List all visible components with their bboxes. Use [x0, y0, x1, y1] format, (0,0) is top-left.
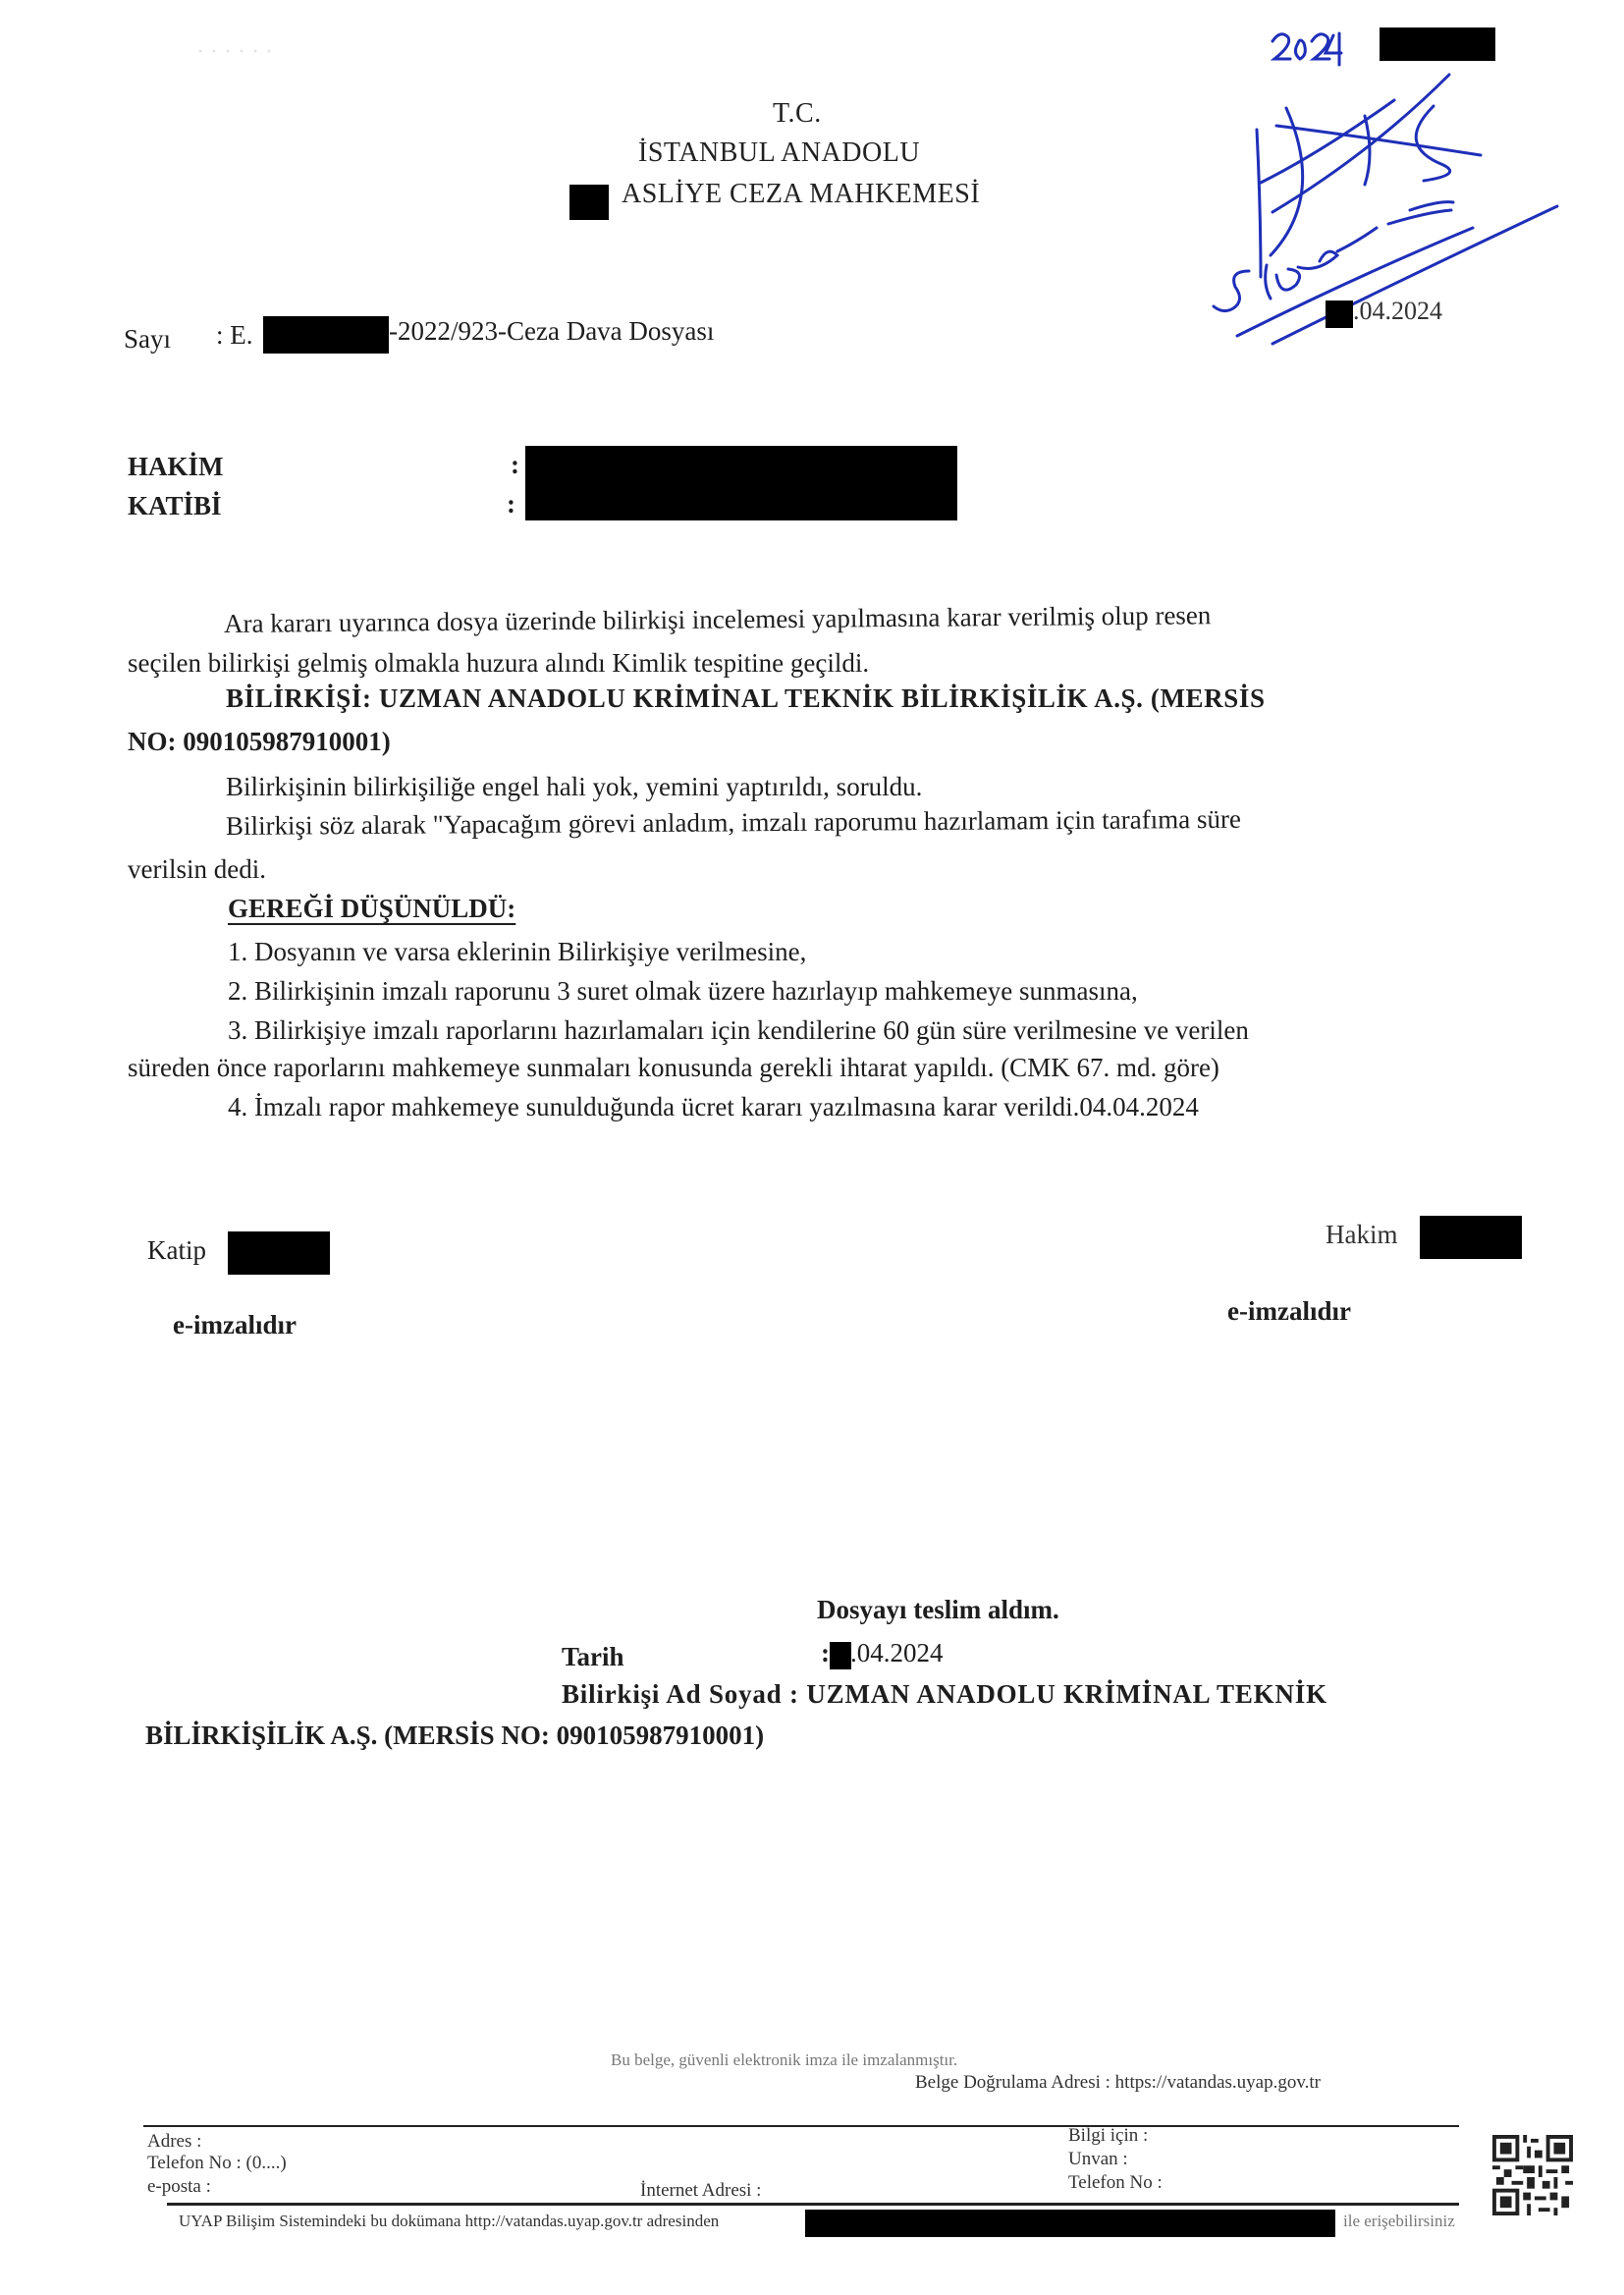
show-through-text: · · · · · ·: [196, 39, 273, 66]
header-city: İSTANBUL ANADOLU: [638, 137, 920, 169]
hakim-label: HAKİM: [128, 452, 224, 482]
uyap-access-tail: ile erişebilirsiniz: [1343, 2212, 1455, 2231]
receipt-date-value: .04.2024: [850, 1638, 944, 1668]
qr-code-icon: [1492, 2135, 1573, 2215]
katip-label: Katip: [147, 1235, 206, 1266]
footer-telefon-2: Telefon No :: [1068, 2172, 1163, 2194]
sayi-label: Sayı: [124, 324, 171, 355]
document-date: .04.2024: [1353, 297, 1442, 326]
redacted-hakim-name: [1420, 1216, 1522, 1259]
decision-item-2: 2. Bilirkişinin imzalı raporunu 3 suret …: [228, 976, 1138, 1007]
footer-internet: İnternet Adresi :: [640, 2180, 761, 2202]
verify-address: Belge Doğrulama Adresi : https://vatanda…: [915, 2072, 1321, 2094]
expert-line-1: BİLİRKİŞİ: UZMAN ANADOLU KRİMİNAL TEKNİK…: [226, 683, 1266, 714]
receipt-expert-name: Bilirkişi Ad Soyad : UZMAN ANADOLU KRİMİ…: [562, 1679, 1327, 1710]
expert-line-2: NO: 090105987910001): [128, 727, 391, 757]
receipt-title: Dosyayı teslim aldım.: [817, 1595, 1059, 1625]
redacted-court-number: [569, 185, 609, 220]
sayi-suffix: -2022/923-Ceza Dava Dosyası: [389, 316, 714, 347]
receipt-date-label: Tarih: [562, 1642, 624, 1672]
redacted-names: [525, 446, 957, 520]
paragraph-3-line-1: Bilirkişi söz alarak "Yapacağım görevi a…: [226, 804, 1241, 842]
decision-heading: GEREĞİ DÜŞÜNÜLDÜ:: [228, 894, 515, 924]
paragraph-3-line-2: verilsin dedi.: [128, 854, 266, 885]
receipt-date-colon: :: [821, 1638, 830, 1668]
header-tc: T.C.: [773, 98, 822, 130]
footer-adres: Adres :: [147, 2131, 201, 2153]
footer-eposta: e-posta :: [147, 2176, 211, 2198]
decision-item-3: 3. Bilirkişiye imzalı raporlarını hazırl…: [228, 1015, 1249, 1046]
decision-item-3-cont: süreden önce raporlarını mahkemeye sunma…: [128, 1053, 1219, 1083]
footer-bilgi: Bilgi için :: [1068, 2125, 1148, 2147]
redacted-handwritten-number: [1380, 27, 1495, 61]
decision-item-4: 4. İmzalı rapor mahkemeye sunulduğunda ü…: [228, 1092, 1199, 1122]
katibi-label: KATİBİ: [128, 491, 222, 521]
paragraph-1-line-2: seçilen bilirkişi gelmiş olmakla huzura …: [128, 648, 869, 679]
redacted-katip-name: [228, 1231, 330, 1275]
katip-esign: e-imzalıdır: [173, 1310, 297, 1340]
paragraph-2: Bilirkişinin bilirkişiliğe engel hali yo…: [226, 772, 922, 802]
paragraph-1-line-1: Ara kararı uyarınca dosya üzerinde bilir…: [224, 600, 1212, 639]
hakim-colon: :: [511, 450, 519, 480]
redacted-day: [1326, 301, 1353, 328]
redacted-case-number: [263, 316, 389, 354]
header-court: ASLİYE CEZA MAHKEMESİ: [622, 179, 980, 210]
katibi-colon: :: [507, 489, 515, 519]
sayi-prefix: : E.: [216, 320, 253, 351]
redacted-receipt-day: [830, 1642, 851, 1669]
footer-divider-top: [143, 2125, 1459, 2127]
hakim-sign-label: Hakim: [1326, 1220, 1398, 1250]
uyap-access-text: UYAP Bilişim Sistemindeki bu dokümana ht…: [179, 2212, 719, 2231]
footer-unvan: Unvan :: [1068, 2149, 1128, 2170]
esign-note: Bu belge, güvenli elektronik imza ile im…: [611, 2050, 957, 2070]
decision-item-1: 1. Dosyanın ve varsa eklerinin Bilirkişi…: [228, 937, 806, 967]
redacted-access-code: [805, 2210, 1335, 2237]
receipt-expert-line-2: BİLİRKİŞİLİK A.Ş. (MERSİS NO: 0901059879…: [145, 1721, 764, 1751]
footer-telefon: Telefon No : (0....): [147, 2153, 287, 2174]
hakim-esign: e-imzalıdır: [1227, 1296, 1351, 1327]
footer-divider-bottom: [167, 2203, 1459, 2206]
